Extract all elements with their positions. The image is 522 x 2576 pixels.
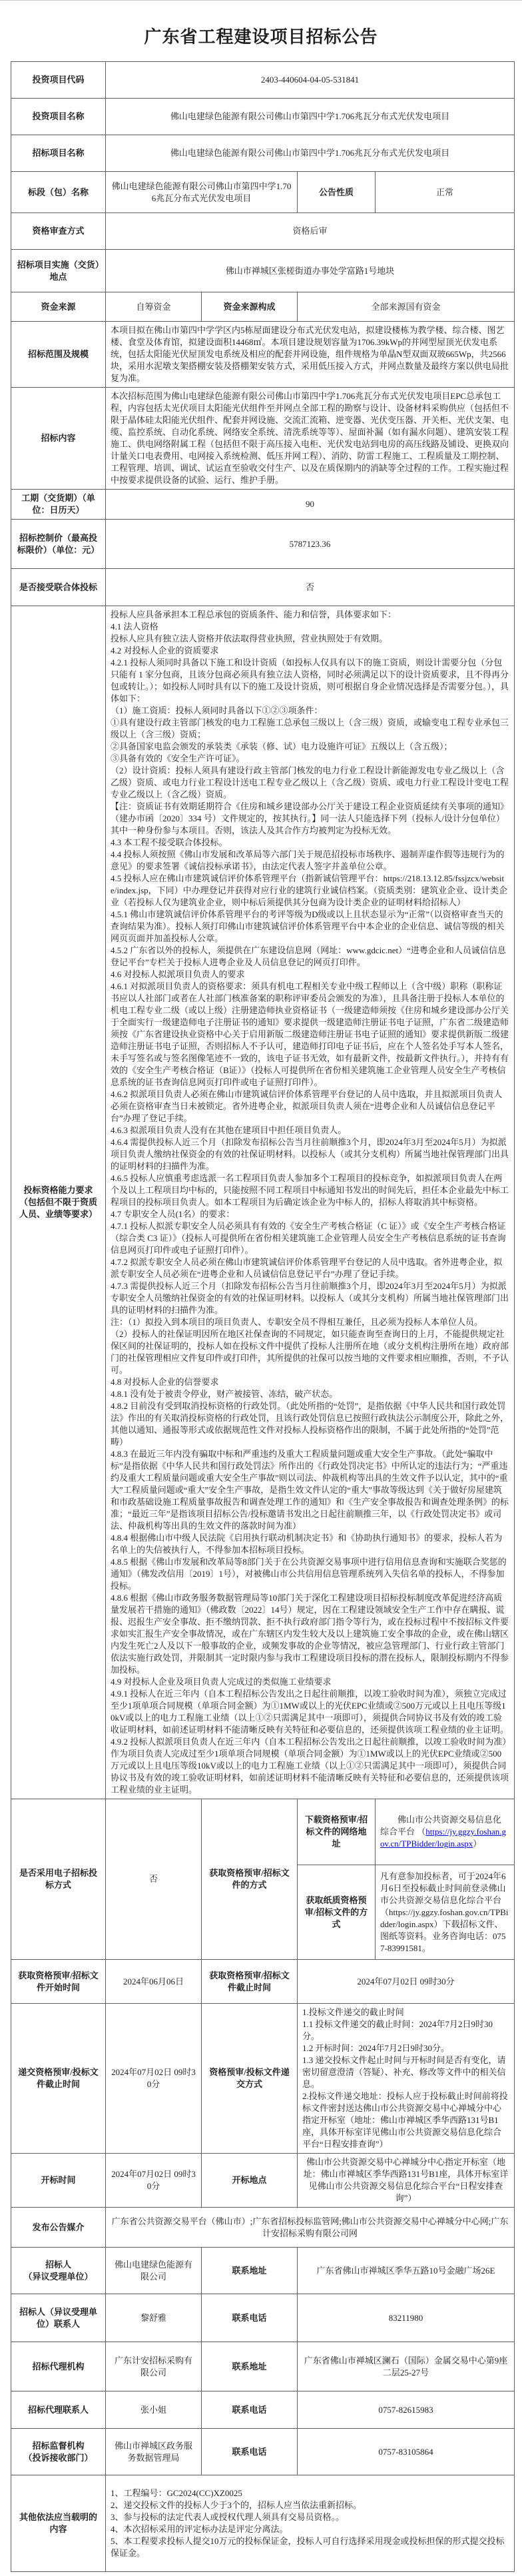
investment-name-label: 投资项目名称 xyxy=(11,99,106,135)
submission-method-label: 资格预审/投标文件递交方式 xyxy=(202,2004,298,2154)
agency-contact-value: 张小姐 xyxy=(106,2391,202,2429)
duration-value: 90 xyxy=(106,490,515,520)
table-row: 招标内容 本次招标范围为佛山电建绿色能源有限公司佛山市第四中学1.706兆瓦分布… xyxy=(11,388,515,490)
tender-content-label: 招标内容 xyxy=(11,388,106,490)
scope-scale-value: 本项目拟在佛山市第四中学学区内5栋屋面建设分布式光伏发电站，拟建设楼栋为教学楼、… xyxy=(106,322,515,388)
tender-table: 投资项目代码 2403-440604-04-05-531841 投资项目名称 佛… xyxy=(11,61,515,2572)
scope-scale-label: 招标范围及规模 xyxy=(11,322,106,388)
notice-nature-label: 公告性质 xyxy=(298,172,376,213)
bid-opening-time-label: 开标时间 xyxy=(11,2154,106,2208)
supervisor-label: 招标监督机构 （投诉接收部门） xyxy=(11,2429,106,2475)
table-row: 发布公告媒介 广东省公共资源交易平台（佛山市）;广东省招标投标监管网;佛山市公共… xyxy=(11,2208,515,2248)
fund-source-label: 资金来源 xyxy=(11,292,106,322)
announcement-media-value: 广东省公共资源交易平台（佛山市）;广东省招标投标监管网;佛山市公共资源交易中心禅… xyxy=(106,2208,515,2248)
electronic-bidding-label: 是否采用电子招标投标方式 xyxy=(11,1799,106,1960)
table-row: 招标监督机构 （投诉接收部门） 佛山市禅城区政务服务数据管理局 联系电话 075… xyxy=(11,2429,515,2475)
price-ceiling-label: 招标控制价（最高投标限价）（单位：元） xyxy=(11,520,106,569)
obtain-start-label: 获取资格预审/招标文件开始时间 xyxy=(11,1960,106,2004)
download-url-value: 佛山市公共资源交易信息化综合平台 （https://jy.ggzy.foshan… xyxy=(376,1799,515,1865)
tenderer-address-value: 广东省佛山市禅城区季华五路10号金融广场26E xyxy=(298,2248,515,2294)
tender-name-value: 佛山电建绿色能源有限公司佛山市第四中学1.706兆瓦分布式光伏发电项目 xyxy=(106,135,515,172)
paper-method-value: 凡有意参加投标者，可于2024年6月6日至投标截止时间前登录佛山市公共资源交易信… xyxy=(376,1865,515,1960)
tenderer-phone-value: 83211980 xyxy=(298,2294,515,2342)
page-title: 广东省工程建设项目招标公告 xyxy=(0,1,522,61)
fund-structure-value: 全部来源国有资金 xyxy=(298,292,515,322)
tender-announcement-page: 广东省工程建设项目招标公告 投资项目代码 2403-440604-04-05-5… xyxy=(0,0,522,2572)
table-row: 投标资格能力要求（包括但不限于资质人员、业绩等要求） 投标人应具备承担本工程总承… xyxy=(11,606,515,1799)
qualification-review-label: 资格审查方式 xyxy=(11,213,106,250)
table-row: 资金来源 自筹资金 资金来源构成 全部来源国有资金 xyxy=(11,292,515,322)
table-row: 资格审查方式 资格后审 xyxy=(11,213,515,250)
price-ceiling-value: 5787123.36 xyxy=(106,520,515,569)
submission-deadline-value: 2024年07月02日 09时30分 xyxy=(106,2004,202,2154)
delivery-location-value: 佛山市禅城区张槎街道办事处学富路1号地块 xyxy=(106,250,515,292)
notice-nature-value: 正常 xyxy=(376,172,515,213)
qualification-review-value: 资格后审 xyxy=(106,213,515,250)
agency-phone-value: 0757-82615983 xyxy=(298,2391,515,2429)
section-name-label: 标段（包）名称 xyxy=(11,172,106,213)
table-row: 招标人 （异议受理单位） 佛山电建绿色能源有限公司 联系地址 广东省佛山市禅城区… xyxy=(11,2248,515,2294)
submission-method-value: 1.投标文件递交的截止时间 1.1 投标文件递交的截止时间：2024年7月2日9… xyxy=(298,2004,515,2154)
paper-method-label: 获取纸质资格预审/招标文件的方式 xyxy=(298,1865,376,1960)
tenderer-address-label: 联系地址 xyxy=(202,2248,298,2294)
bidder-qualification-label: 投标资格能力要求（包括但不限于资质人员、业绩等要求） xyxy=(11,606,106,1799)
table-row: 招标项目实施（交货）地点 佛山市禅城区张槎街道办事处学富路1号地块 xyxy=(11,250,515,292)
bidder-qualification-value: 投标人应具备承担本工程总承包的资质条件、能力和信誉，具体要求如下： 4.1 法人… xyxy=(106,606,515,1799)
obtain-start-value: 2024年06月06日 xyxy=(106,1960,202,2004)
consortium-value: 否 xyxy=(106,569,515,606)
obtain-deadline-value: 2024年07月02日 09时30分 xyxy=(298,1960,515,2004)
supervisor-phone-label: 联系电话 xyxy=(202,2429,298,2475)
agency-label: 招标代理机构 xyxy=(11,2342,106,2391)
bid-opening-place-value: 佛山市公共资源交易中心禅城分中心指定开标室（地址：佛山市禅城区季华西路131号B… xyxy=(298,2154,515,2208)
table-row: 招标代理机构 广东计安招标采购有限公司 联系地址 广东省佛山市禅城区澜石（国际）… xyxy=(11,2342,515,2391)
other-content-value: 1、工程编号：GC2024(CC)XZ0025 2、递交投标文件的投标人少于3个… xyxy=(106,2475,515,2572)
section-name-value: 佛山电建绿色能源有限公司佛山市第四中学1.706兆瓦分布式光伏发电项目 xyxy=(106,172,298,213)
announcement-media-label: 发布公告媒介 xyxy=(11,2208,106,2248)
table-row: 标段（包）名称 佛山电建绿色能源有限公司佛山市第四中学1.706兆瓦分布式光伏发… xyxy=(11,172,515,213)
tenderer-contact-value: 黎舒雅 xyxy=(106,2294,202,2342)
table-row: 是否采用电子招标投标方式 否 获取资格预审/招标文件的方式 下载资格预审/招标文… xyxy=(11,1799,515,1865)
table-row: 招标范围及规模 本项目拟在佛山市第四中学学区内5栋屋面建设分布式光伏发电站，拟建… xyxy=(11,322,515,388)
fund-structure-label: 资金来源构成 xyxy=(202,292,298,322)
tenderer-phone-label: 联系电话 xyxy=(202,2294,298,2342)
table-row: 其他依法应当载明的内容 1、工程编号：GC2024(CC)XZ0025 2、递交… xyxy=(11,2475,515,2572)
electronic-bidding-value: 否 xyxy=(106,1799,202,1960)
consortium-label: 是否接受联合体投标 xyxy=(11,569,106,606)
duration-label: 工期（交货期）（单位：日历天） xyxy=(11,490,106,520)
tenderer-contact-label: 招标人（异议受理单位）联系人 xyxy=(11,2294,106,2342)
investment-name-value: 佛山电建绿色能源有限公司佛山市第四中学1.706兆瓦分布式光伏发电项目 xyxy=(106,99,515,135)
tenderer-value: 佛山电建绿色能源有限公司 xyxy=(106,2248,202,2294)
table-row: 工期（交货期）（单位：日历天） 90 xyxy=(11,490,515,520)
table-row: 招标人（异议受理单位）联系人 黎舒雅 联系电话 83211980 xyxy=(11,2294,515,2342)
fund-source-value: 自筹资金 xyxy=(106,292,202,322)
agency-address-value: 广东省佛山市禅城区澜石（国际）金属交易中心第9座二层25-27号 xyxy=(298,2342,515,2391)
agency-value: 广东计安招标采购有限公司 xyxy=(106,2342,202,2391)
download-url-label: 下载资格预审/招标文件的网络地址 xyxy=(298,1799,376,1865)
project-code-value: 2403-440604-04-05-531841 xyxy=(106,62,515,99)
bid-opening-time-value: 2024年07月02日 09时30分 xyxy=(106,2154,202,2208)
table-row: 投资项目名称 佛山电建绿色能源有限公司佛山市第四中学1.706兆瓦分布式光伏发电… xyxy=(11,99,515,135)
submission-deadline-label: 递交资格预审/投标文件截止时间 xyxy=(11,2004,106,2154)
table-row: 招标代理联系人 张小姐 联系电话 0757-82615983 xyxy=(11,2391,515,2429)
tender-name-label: 招标项目名称 xyxy=(11,135,106,172)
table-row: 开标时间 2024年07月02日 09时30分 开标地点 佛山市公共资源交易中心… xyxy=(11,2154,515,2208)
table-row: 招标项目名称 佛山电建绿色能源有限公司佛山市第四中学1.706兆瓦分布式光伏发电… xyxy=(11,135,515,172)
platform-suffix-text: ） xyxy=(473,1839,481,1849)
supervisor-phone-value: 0757-83105864 xyxy=(298,2429,515,2475)
supervisor-value: 佛山市禅城区政务服务数据管理局 xyxy=(106,2429,202,2475)
obtain-method-label: 获取资格预审/招标文件的方式 xyxy=(202,1799,298,1960)
table-row: 是否接受联合体投标 否 xyxy=(11,569,515,606)
agency-address-label: 联系地址 xyxy=(202,2342,298,2391)
obtain-deadline-label: 获取资格预审/招标文件截止时间 xyxy=(202,1960,298,2004)
tender-content-value: 本次招标范围为佛山电建绿色能源有限公司佛山市第四中学1.706兆瓦分布式光伏发电… xyxy=(106,388,515,490)
bid-opening-place-label: 开标地点 xyxy=(202,2154,298,2208)
agency-phone-label: 联系电话 xyxy=(202,2391,298,2429)
delivery-location-label: 招标项目实施（交货）地点 xyxy=(11,250,106,292)
table-row: 获取资格预审/招标文件开始时间 2024年06月06日 获取资格预审/招标文件截… xyxy=(11,1960,515,2004)
table-row: 投资项目代码 2403-440604-04-05-531841 xyxy=(11,62,515,99)
other-content-label: 其他依法应当载明的内容 xyxy=(11,2475,106,2572)
table-row: 递交资格预审/投标文件截止时间 2024年07月02日 09时30分 资格预审/… xyxy=(11,2004,515,2154)
agency-contact-label: 招标代理联系人 xyxy=(11,2391,106,2429)
tenderer-label: 招标人 （异议受理单位） xyxy=(11,2248,106,2294)
project-code-label: 投资项目代码 xyxy=(11,62,106,99)
table-row: 招标控制价（最高投标限价）（单位：元） 5787123.36 xyxy=(11,520,515,569)
